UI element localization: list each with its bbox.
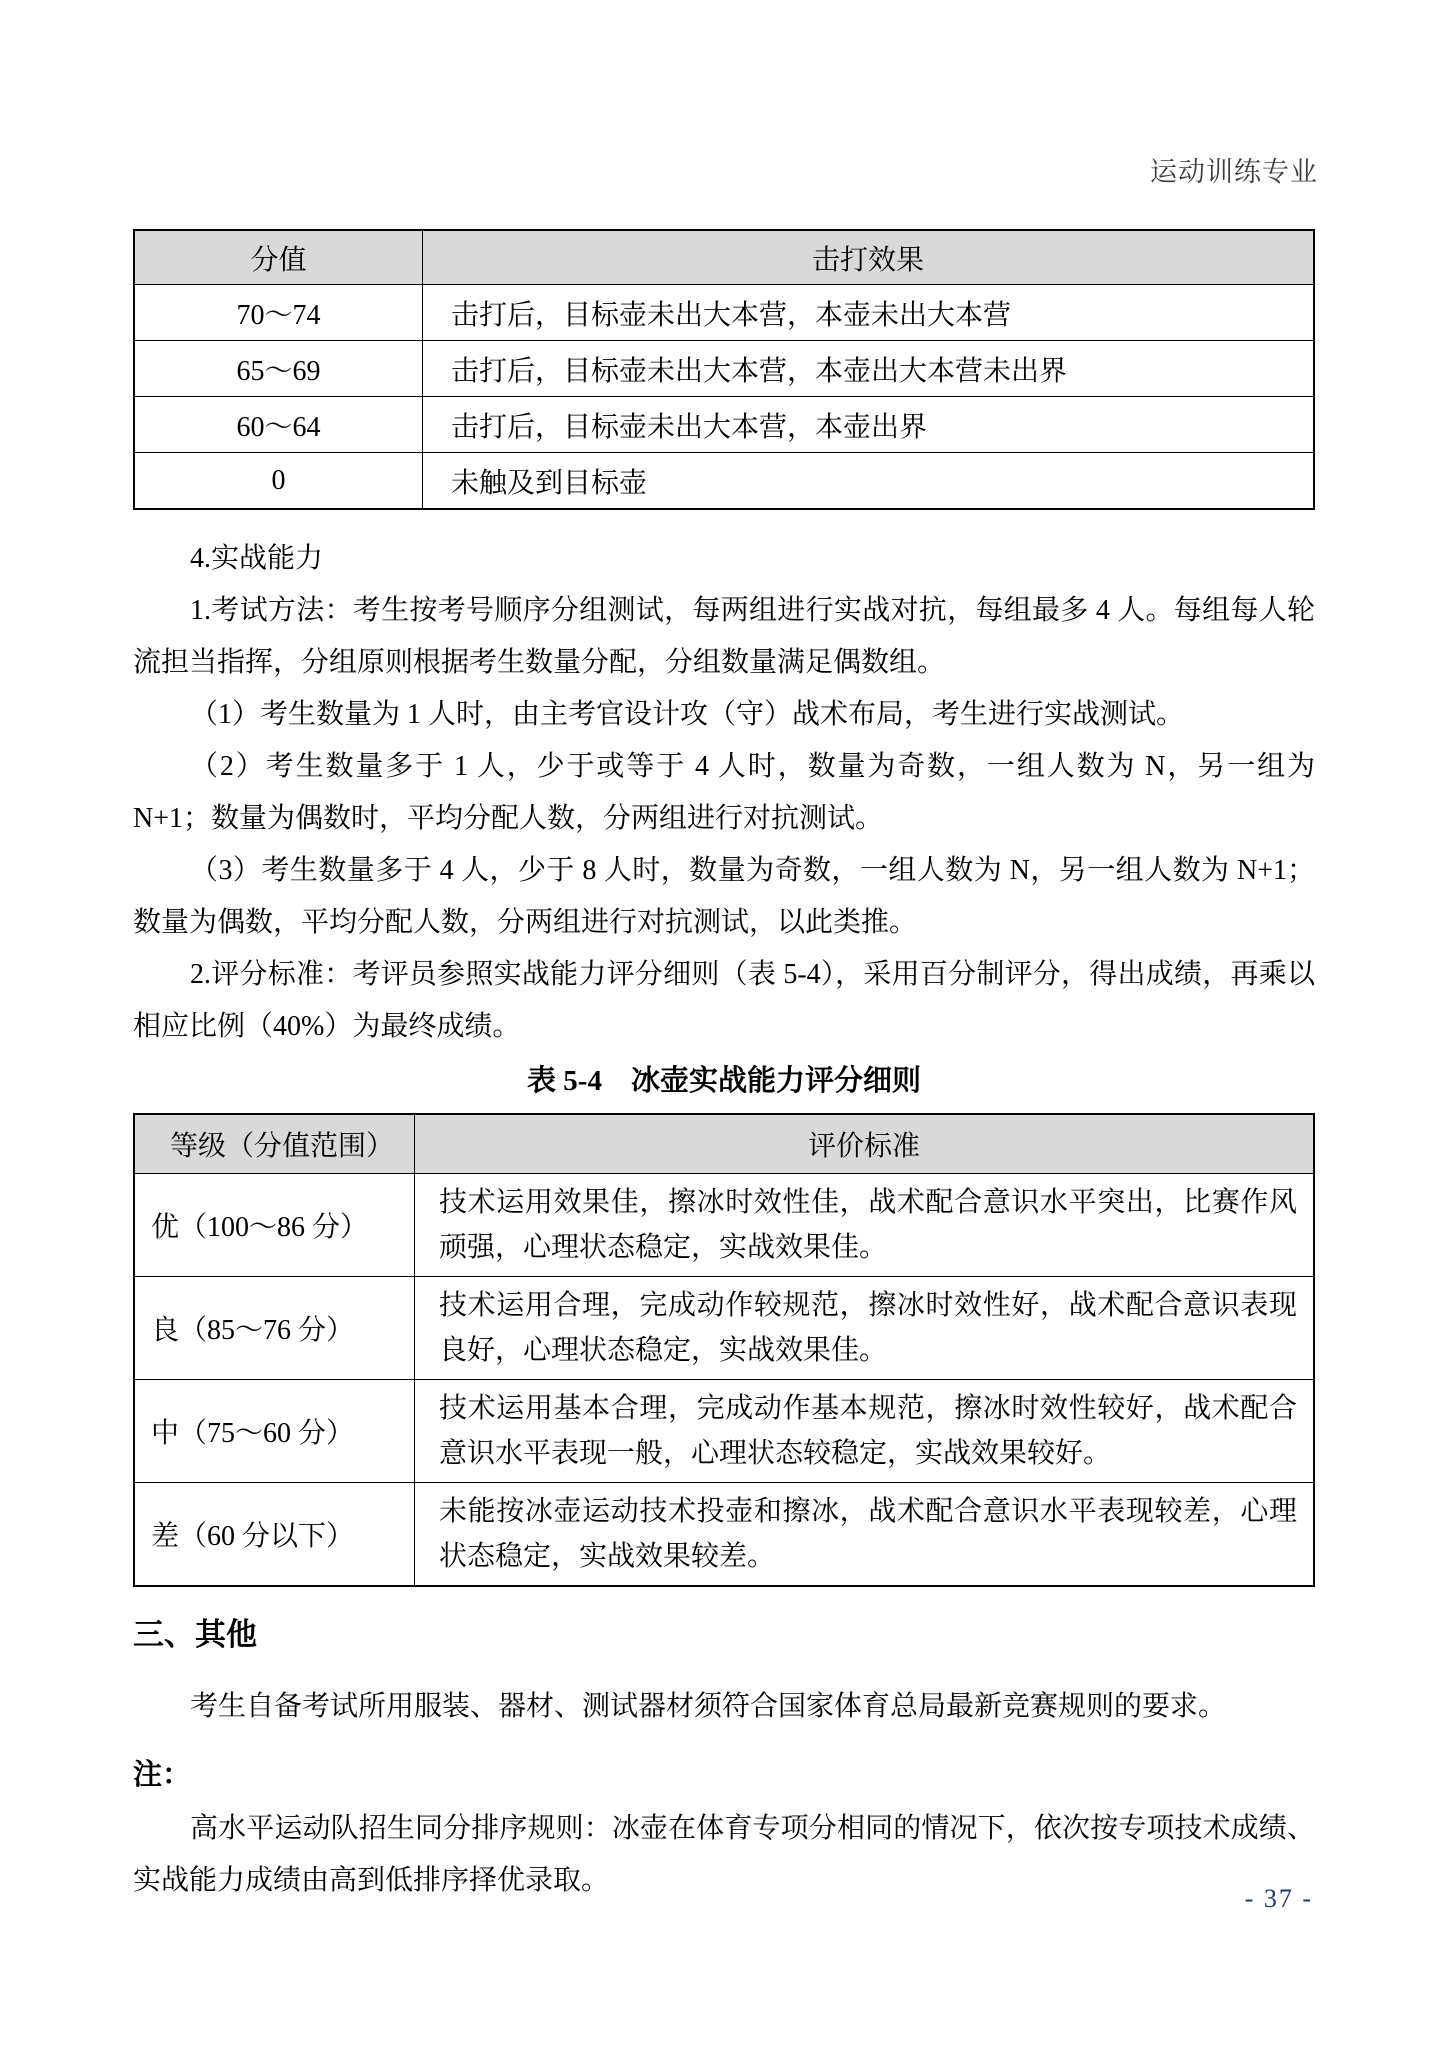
table-row: 良（85～76 分） 技术运用合理，完成动作较规范，擦冰时效性好，战术配合意识表… — [134, 1277, 1314, 1380]
table-row: 60～64 击打后，目标壶未出大本营，本壶出界 — [134, 397, 1314, 453]
criteria-cell: 技术运用合理，完成动作较规范，擦冰时效性好，战术配合意识表现良好，心理状态稳定，… — [415, 1277, 1315, 1380]
header-cell-effect: 击打效果 — [423, 230, 1315, 285]
table-row: 0 未触及到目标壶 — [134, 453, 1314, 510]
paragraph-scoring-standard: 2.评分标准：考评员参照实战能力评分细则（表 5-4），采用百分制评分，得出成绩… — [133, 949, 1315, 1053]
criteria-cell: 未能按冰壶运动技术投壶和擦冰，战术配合意识水平表现较差，心理状态稳定，实战效果较… — [415, 1483, 1315, 1587]
effect-cell: 击打后，目标壶未出大本营，本壶出界 — [423, 397, 1315, 453]
table-5-4-title: 表 5-4 冰壶实战能力评分细则 — [133, 1061, 1315, 1101]
paragraph-case-3: （3）考生数量多于 4 人，少于 8 人时，数量为奇数，一组人数为 N，另一组人… — [133, 845, 1315, 949]
paragraph-combat-ability: 4.实战能力 — [133, 533, 1315, 585]
note-body: 高水平运动队招生同分排序规则：冰壶在体育专项分相同的情况下，依次按专项技术成绩、… — [133, 1803, 1315, 1907]
table-header-row: 分值 击打效果 — [134, 230, 1314, 285]
score-effect-table: 分值 击打效果 70～74 击打后，目标壶未出大本营，本壶未出大本营 65～69… — [133, 229, 1315, 510]
score-cell: 0 — [134, 453, 423, 510]
table-row: 70～74 击打后，目标壶未出大本营，本壶未出大本营 — [134, 285, 1314, 341]
section-heading-other: 三、其他 — [133, 1613, 1315, 1657]
table-row: 中（75～60 分） 技术运用基本合理，完成动作基本规范，擦冰时效性较好，战术配… — [134, 1380, 1314, 1483]
section-other-body: 考生自备考试所用服装、器材、测试器材须符合国家体育总局最新竞赛规则的要求。 — [133, 1681, 1315, 1733]
score-effect-table-header: 分值 击打效果 — [134, 230, 1314, 285]
header-cell-criteria: 评价标准 — [415, 1114, 1315, 1174]
score-cell: 70～74 — [134, 285, 423, 341]
effect-cell: 未触及到目标壶 — [423, 453, 1315, 510]
paragraph-case-2: （2）考生数量多于 1 人，少于或等于 4 人时，数量为奇数，一组人数为 N，另… — [133, 741, 1315, 845]
criteria-cell: 技术运用效果佳，擦冰时效性佳，战术配合意识水平突出，比赛作风顽强，心理状态稳定，… — [415, 1174, 1315, 1277]
note-heading: 注： — [133, 1751, 1315, 1799]
combat-scoring-table: 等级（分值范围） 评价标准 优（100～86 分） 技术运用效果佳，擦冰时效性佳… — [133, 1113, 1315, 1587]
grade-cell: 差（60 分以下） — [134, 1483, 415, 1587]
score-cell: 65～69 — [134, 341, 423, 397]
page-content: 分值 击打效果 70～74 击打后，目标壶未出大本营，本壶未出大本营 65～69… — [133, 229, 1315, 1907]
grade-cell: 中（75～60 分） — [134, 1380, 415, 1483]
page-number: - 37 - — [1245, 1884, 1313, 1914]
header-cell-grade: 等级（分值范围） — [134, 1114, 415, 1174]
table-header-row: 等级（分值范围） 评价标准 — [134, 1114, 1314, 1174]
table-row: 差（60 分以下） 未能按冰壶运动技术投壶和擦冰，战术配合意识水平表现较差，心理… — [134, 1483, 1314, 1587]
grade-cell: 优（100～86 分） — [134, 1174, 415, 1277]
effect-cell: 击打后，目标壶未出大本营，本壶未出大本营 — [423, 285, 1315, 341]
paragraph-case-1: （1）考生数量为 1 人时，由主考官设计攻（守）战术布局，考生进行实战测试。 — [133, 689, 1315, 741]
header-cell-score: 分值 — [134, 230, 423, 285]
body-paragraphs: 4.实战能力 1.考试方法：考生按考号顺序分组测试，每两组进行实战对抗，每组最多… — [133, 533, 1315, 1053]
grade-cell: 良（85～76 分） — [134, 1277, 415, 1380]
criteria-cell: 技术运用基本合理，完成动作基本规范，擦冰时效性较好，战术配合意识水平表现一般，心… — [415, 1380, 1315, 1483]
table-row: 优（100～86 分） 技术运用效果佳，擦冰时效性佳，战术配合意识水平突出，比赛… — [134, 1174, 1314, 1277]
combat-scoring-table-header: 等级（分值范围） 评价标准 — [134, 1114, 1314, 1174]
paragraph-exam-method: 1.考试方法：考生按考号顺序分组测试，每两组进行实战对抗，每组最多 4 人。每组… — [133, 585, 1315, 689]
effect-cell: 击打后，目标壶未出大本营，本壶出大本营未出界 — [423, 341, 1315, 397]
score-cell: 60～64 — [134, 397, 423, 453]
table-row: 65～69 击打后，目标壶未出大本营，本壶出大本营未出界 — [134, 341, 1314, 397]
document-page: 运动训练专业 分值 击打效果 70～74 击打后，目标壶未出大本营，本壶未出大本… — [0, 0, 1449, 2047]
page-header-label: 运动训练专业 — [1150, 150, 1318, 189]
